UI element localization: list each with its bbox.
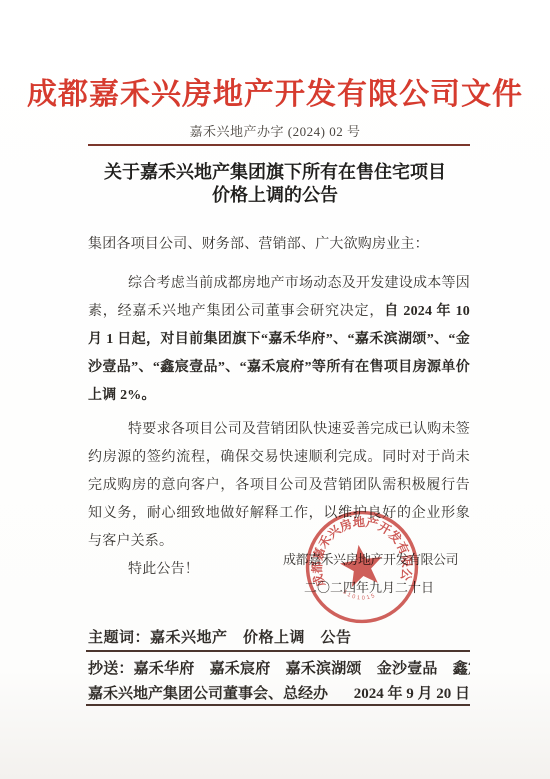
- announcement-heading-line1: 关于嘉禾兴地产集团旗下所有在售住宅项目: [0, 161, 550, 184]
- subject-value: 嘉禾兴地产 价格上调 公告: [150, 630, 352, 646]
- seal-ring-text: 成都嘉禾兴房地产开发有限公司: [296, 501, 418, 600]
- cc-row: 抄送：嘉禾华府 嘉禾宸府 嘉禾滨湖颂 金沙壹品 鑫宸壹品项目公司: [88, 657, 470, 678]
- seal-star-icon: [337, 542, 385, 589]
- footer-divider-top: [86, 650, 470, 652]
- footer-divider-bottom: [86, 704, 470, 706]
- issuer-row: 嘉禾兴地产集团公司董事会、总经办 2024 年 9 月 20 日: [88, 682, 470, 703]
- subject-label: 主题词：: [88, 630, 150, 646]
- company-seal-stamp: 成都嘉禾兴房地产开发有限公司 5101015: [296, 501, 429, 634]
- letterhead-divider: [88, 144, 470, 146]
- print-date: 2024 年 9 月 20 日: [354, 682, 470, 703]
- official-document-page: 成都嘉禾兴房地产开发有限公司文件 嘉禾兴地产办字 (2024) 02 号 关于嘉…: [0, 0, 550, 779]
- svg-text:5101015: 5101015: [341, 585, 378, 606]
- cc-value: 嘉禾华府 嘉禾宸府 嘉禾滨湖颂 金沙壹品 鑫宸壹品项目公司: [134, 661, 470, 677]
- subject-keywords-row: 主题词：嘉禾兴地产 价格上调 公告: [88, 626, 470, 647]
- letterhead-title: 成都嘉禾兴房地产开发有限公司文件: [0, 76, 550, 114]
- cc-label: 抄送：: [88, 661, 134, 677]
- issuer-name: 嘉禾兴地产集团公司董事会、总经办: [88, 682, 328, 703]
- announcement-heading: 关于嘉禾兴地产集团旗下所有在售住宅项目 价格上调的公告: [0, 161, 550, 207]
- announcement-heading-line2: 价格上调的公告: [0, 184, 550, 207]
- paragraph-1: 综合考虑当前成都房地产市场动态及开发建设成本等因素，经嘉禾兴地产集团公司董事会研…: [88, 270, 470, 410]
- document-number: 嘉禾兴地产办字 (2024) 02 号: [0, 123, 550, 140]
- svg-text:成都嘉禾兴房地产开发有限公司: 成都嘉禾兴房地产开发有限公司: [296, 501, 418, 600]
- salutation: 集团各项目公司、财务部、营销部、广大欲购房业主：: [88, 231, 470, 259]
- seal-code-text: 5101015: [341, 585, 378, 606]
